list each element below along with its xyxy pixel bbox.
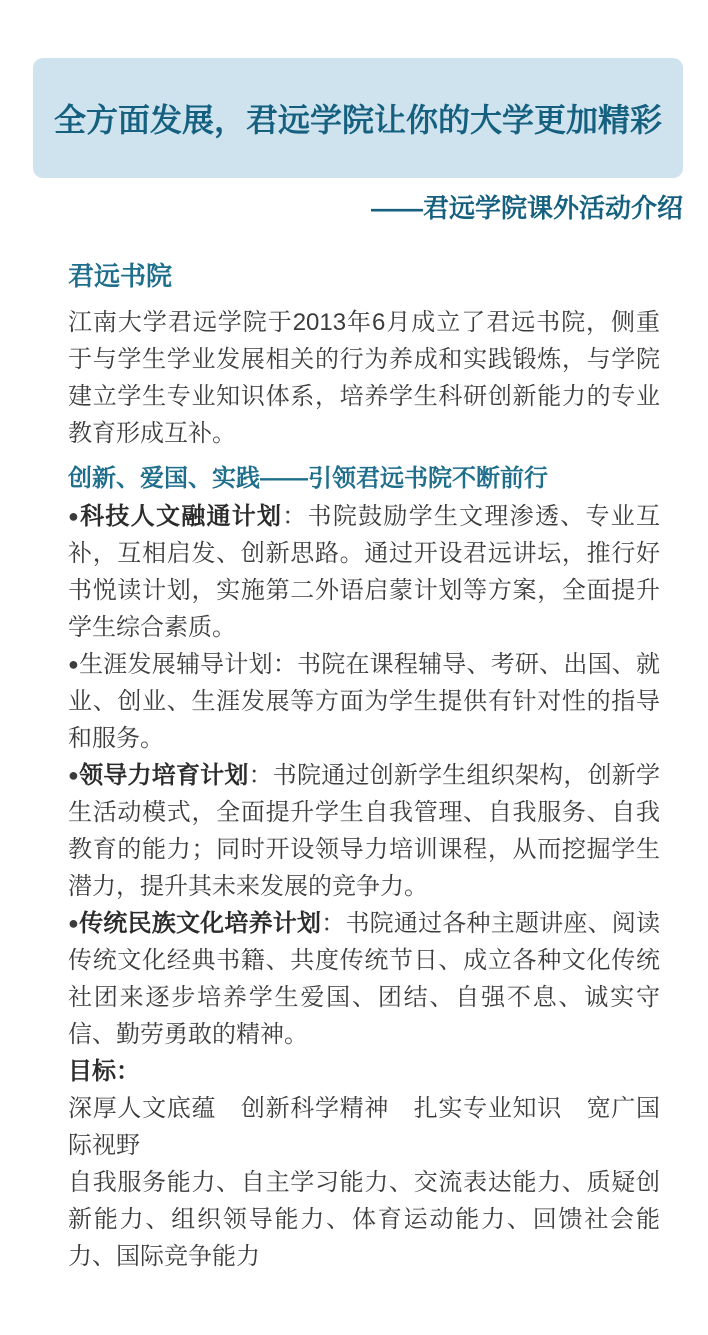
section-heading: 君远书院 (68, 260, 660, 292)
bullet-dot-icon: ● (68, 654, 79, 674)
bullet-lead: 领导力培育计划 (79, 762, 249, 789)
bullet-lead: 科技人文融通计划 (80, 503, 282, 530)
bullet-item-career-guidance: ●生涯发展辅导计划：书院在课程辅导、考研、出国、就业、创业、生涯发展等方面为学生… (68, 646, 660, 757)
goal-line-qualities: 深厚人文底蕴 创新科学精神 扎实专业知识 宽广国际视野 (68, 1090, 660, 1164)
goal-line-abilities: 自我服务能力、自主学习能力、交流表达能力、质疑创新能力、组织领导能力、体育运动能… (68, 1164, 660, 1275)
intro-paragraph: 江南大学君远学院于2013年6月成立了君远书院，侧重于与学生学业发展相关的行为养… (68, 304, 660, 452)
bullet-item-tech-humanities: ●科技人文融通计划：书院鼓励学生文理渗透、专业互补，互相启发、创新思路。通过开设… (68, 498, 660, 646)
bullet-dot-icon: ● (68, 506, 80, 526)
goal-label: 目标： (68, 1053, 660, 1090)
bullet-dot-icon: ● (68, 765, 79, 785)
page-subtitle: ——君远学院课外活动介绍 (0, 188, 683, 225)
bullet-lead: 生涯发展辅导计划 (79, 651, 273, 678)
sub-heading: 创新、爱国、实践——引领君远书院不断前行 (68, 462, 660, 496)
page-title: 全方面发展，君远学院让你的大学更加精彩 (33, 95, 683, 141)
article-body: 君远书院 江南大学君远学院于2013年6月成立了君远书院，侧重于与学生学业发展相… (68, 260, 660, 1275)
bullet-lead: 传统民族文化培养计划 (79, 910, 321, 937)
bullet-dot-icon: ● (68, 913, 79, 933)
header-banner: 全方面发展，君远学院让你的大学更加精彩 (33, 58, 683, 178)
page: 全方面发展，君远学院让你的大学更加精彩 ——君远学院课外活动介绍 君远书院 江南… (0, 0, 708, 1335)
bullet-item-traditional-culture: ●传统民族文化培养计划：书院通过各种主题讲座、阅读传统文化经典书籍、共度传统节日… (68, 905, 660, 1053)
bullet-item-leadership: ●领导力培育计划：书院通过创新学生组织架构，创新学生活动模式，全面提升学生自我管… (68, 757, 660, 905)
